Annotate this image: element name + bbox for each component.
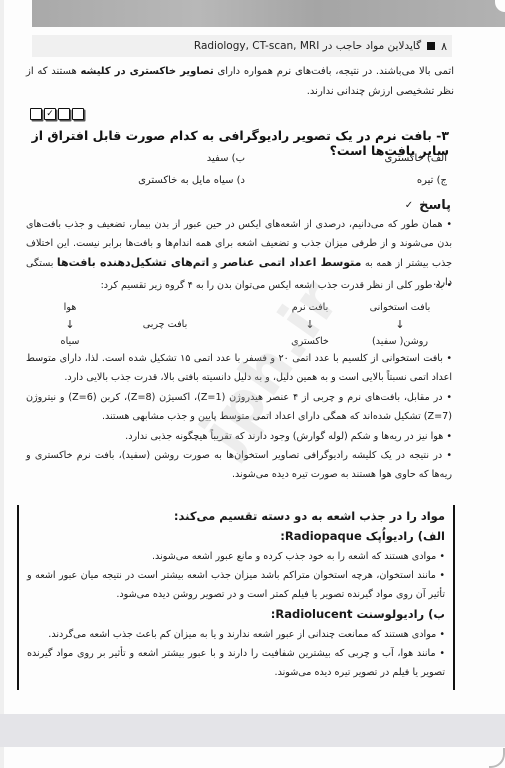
box-radiopaque-heading: الف) رادیواُپک Radiopaque:	[27, 527, 445, 546]
book-title: گایدلاین مواد حاجب در Radiology, CT-scan…	[194, 40, 421, 52]
checkbox-2-checked: ✓	[44, 108, 56, 120]
down-arrow-icon: ↓	[280, 316, 340, 333]
box-radiopaque-bullet-1: • موادی هستند که اشعه را به خود جذب کرده…	[27, 547, 445, 566]
box-radiopaque-bullet-2: • مانند استخوان، هرچه استخوان متراکم باش…	[27, 566, 445, 604]
group-bone: بافت استخوانی ↓ روشن( سفید)	[365, 299, 435, 350]
answer-paragraph-3: • بافت استخوانی از کلسیم با عدد اتمی ۲۰ …	[26, 349, 452, 387]
intro-bold: تصاویر خاکستری در کلیشه	[80, 66, 213, 77]
option-b: ب) سفید	[207, 153, 245, 164]
info-box: مواد را در جذب اشعه به دو دسته تقسیم می‌…	[17, 505, 455, 690]
down-arrow-icon: ↓	[50, 316, 90, 333]
bottom-decorative-band	[0, 714, 505, 747]
square-bullet-icon	[427, 42, 435, 50]
box-radiolucent-heading: ب) رادیولوسنت Radiolucent:	[27, 605, 445, 624]
answer-checkboxes: ✓	[30, 108, 84, 120]
checkbox-3	[58, 108, 70, 120]
intro-paragraph: اتمی بالا می‌باشند. در نتیجه، بافت‌های ن…	[26, 62, 454, 102]
answer-title: پاسخ	[419, 198, 451, 213]
top-decorative-band	[32, 0, 505, 27]
group-soft-tissue: بافت نرم ↓ خاکستری	[280, 299, 340, 350]
down-arrow-icon: ↓	[365, 316, 435, 333]
group-air: هوا ↓ سیاه	[50, 299, 90, 350]
option-a: الف) خاکستری	[384, 153, 447, 164]
option-d: د) سیاه مایل به خاکستری	[138, 175, 245, 186]
p1-bold-2: اتم‌های‌ تشکیل‌دهنده بافت‌ها	[57, 256, 209, 269]
p1-bold-1: متوسط اعداد اتمی عناصر	[221, 256, 362, 269]
checkbox-4	[72, 108, 84, 120]
option-c: ج) تیره	[417, 175, 447, 186]
check-icon: ✓	[405, 200, 413, 211]
group-soft-label: بافت نرم	[280, 299, 340, 316]
group-bone-label: بافت استخوانی	[365, 299, 435, 316]
p1-mid: و	[209, 258, 221, 269]
group-soft-result: خاکستری	[280, 333, 340, 350]
intro-text: اتمی بالا می‌باشند. در نتیجه، بافت‌های ن…	[214, 66, 454, 77]
box-radiolucent-bullet-1: • موادی هستند که ممانعت چندانی از عبور ا…	[27, 625, 445, 644]
page-corner-curl	[489, 748, 505, 768]
answer-paragraph-4: • در مقابل، بافت‌های نرم و چربی از ۴ عنص…	[26, 388, 452, 426]
running-header: ۸ گایدلاین مواد حاجب در Radiology, CT-sc…	[194, 37, 447, 55]
group-air-label: هوا	[50, 299, 90, 316]
box-radiolucent-bullet-2: • مانند هوا، آب و چربی که بیشترین شفافیت…	[27, 644, 445, 682]
group-bone-result: روشن( سفید)	[365, 333, 435, 350]
answer-paragraph-5: • هوا نیز در ریه‌ها و شکم (لوله گوارش) و…	[26, 427, 452, 446]
box-title: مواد را در جذب اشعه به دو دسته تقسیم می‌…	[27, 507, 445, 526]
group-fat-label: بافت چربی	[135, 316, 195, 333]
page-number: ۸	[441, 40, 447, 53]
group-air-result: سیاه	[50, 333, 90, 350]
page-edge-shadow	[0, 0, 4, 768]
group-fat: بافت چربی	[135, 316, 195, 333]
checkbox-1	[30, 108, 42, 120]
answer-paragraph-2: • به طور کلی از نظر قدرت جذب اشعه ایکس م…	[26, 276, 452, 295]
answer-paragraph-6: • در نتیجه در یک کلیشه رادیوگرافی تصاویر…	[26, 446, 452, 484]
answer-heading: پاسخ ✓	[405, 198, 451, 213]
